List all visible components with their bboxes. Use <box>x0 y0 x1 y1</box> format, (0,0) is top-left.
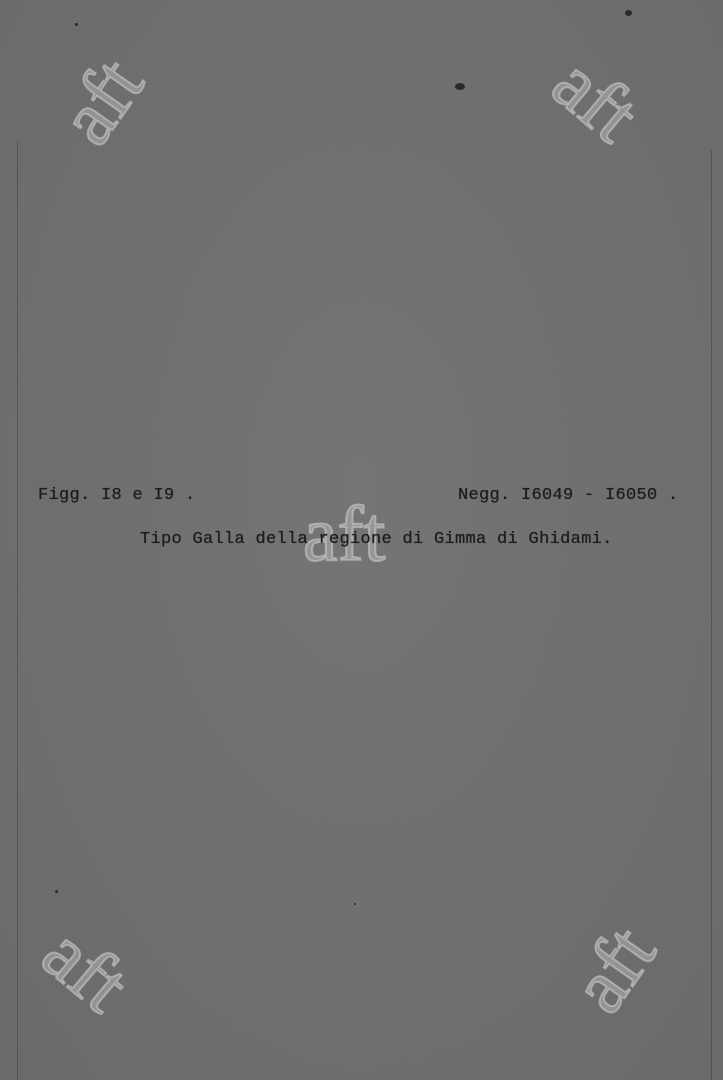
dust-speck <box>75 23 78 26</box>
dust-speck <box>625 10 632 16</box>
dust-speck <box>55 890 58 893</box>
scanned-document-page: aft aft aft aft aft Figg. I8 e I9 . Negg… <box>0 0 723 1080</box>
dust-speck <box>354 903 356 905</box>
page-edge-left <box>17 142 18 1080</box>
dust-speck <box>455 83 465 90</box>
watermark-bottom-right: aft <box>558 913 669 1025</box>
watermark-bottom-left: aft <box>30 913 143 1026</box>
page-edge-right <box>711 150 712 1080</box>
watermark-top-right: aft <box>540 43 653 156</box>
figure-caption: Figg. I8 e I9 . <box>38 486 196 505</box>
figure-description: Tipo Galla della regione di Gimma di Ghi… <box>140 530 613 549</box>
negative-numbers: Negg. I6049 - I6050 . <box>458 486 679 505</box>
watermark-top-left: aft <box>46 45 157 157</box>
